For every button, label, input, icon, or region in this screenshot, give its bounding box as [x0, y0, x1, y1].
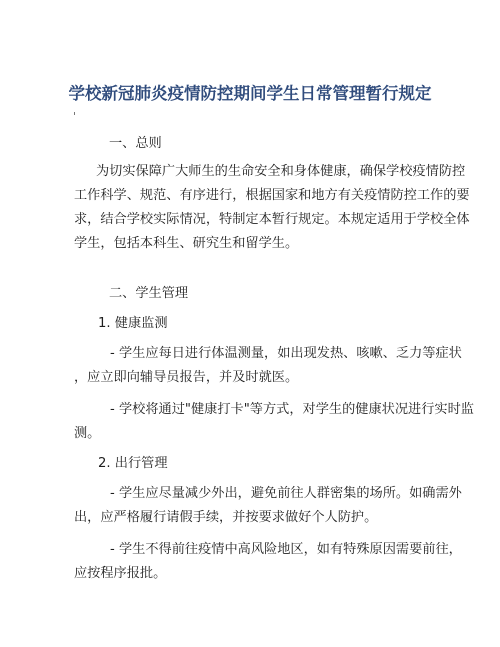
- list-item-line: 测。: [74, 426, 434, 442]
- list-item-line: - 学生不得前往疫情中高风险地区，如有特殊原因需要前往，: [110, 542, 470, 558]
- paragraph-line: 工作科学、规范、有序进行，根据国家和地方有关疫情防控工作的要: [74, 188, 434, 204]
- paragraph-line: 求，结合学校实际情况，特制定本暂行规定。本规定适用于学校全体: [74, 212, 434, 228]
- list-item-line: 应按程序报批。: [74, 566, 434, 582]
- document-title: 学校新冠肺炎疫情防控期间学生日常管理暂行规定: [0, 80, 500, 104]
- subsection-heading-travel-management: 2. 出行管理: [98, 456, 458, 472]
- subsection-heading-health-monitoring: 1. 健康监测: [98, 316, 458, 332]
- section-heading-student-management: 二、学生管理: [109, 286, 469, 302]
- paragraph-line: 为切实保障广大师生的生命安全和身体健康，确保学校疫情防控: [96, 164, 456, 180]
- section-heading-general: 一、总则: [109, 136, 469, 152]
- paragraph-line: 学生，包括本科生、研究生和留学生。: [74, 236, 434, 252]
- list-item-line: 出，应严格履行请假手续，并按要求做好个人防护。: [74, 510, 434, 526]
- list-item-line: - 学生应尽量减少外出，避免前往人群密集的场所。如确需外: [110, 486, 470, 502]
- list-item-line: - 学校将通过"健康打卡"等方式，对学生的健康状况进行实时监: [110, 402, 470, 418]
- list-item-line: ，应立即向辅导员报告，并及时就医。: [74, 370, 434, 386]
- list-item-line: - 学生应每日进行体温测量，如出现发热、咳嗽、乏力等症状: [110, 346, 470, 362]
- document-page: 学校新冠肺炎疫情防控期间学生日常管理暂行规定 一、总则 为切实保障广大师生的生命…: [0, 0, 500, 647]
- stray-mark: [74, 112, 75, 115]
